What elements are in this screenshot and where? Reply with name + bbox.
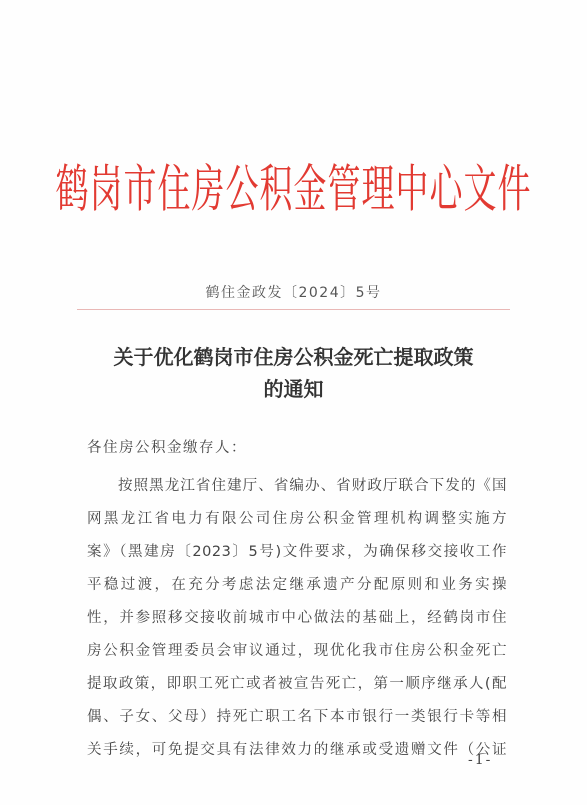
body-line: 性，并参照移交接收前城市中心做法的基础上，经鹤岗市住	[87, 602, 507, 635]
notice-title-line-2: 的通知	[0, 373, 587, 405]
body-line: 平稳过渡，在充分考虑法定继承遗产分配原则和业务实操	[87, 569, 507, 602]
body-line: 网黑龙江省电力有限公司住房公积金管理机构调整实施方	[87, 503, 507, 536]
document-page: 鹤岗市住房公积金管理中心文件 鹤住金政发〔2024〕5号 关于优化鹤岗市住房公积…	[0, 0, 587, 805]
issuer-header-title: 鹤岗市住房公积金管理中心文件	[0, 135, 587, 244]
body-line: 关手续，可免提交具有法律效力的继承或受遗赠文件（公证	[87, 734, 507, 767]
notice-title: 关于优化鹤岗市住房公积金死亡提取政策 的通知	[0, 341, 587, 405]
page-number: -1-	[468, 752, 492, 768]
document-number: 鹤住金政发〔2024〕5号	[0, 282, 587, 302]
body-line: 按照黑龙江省住建厅、省编办、省财政厅联合下发的《国	[87, 470, 507, 503]
body-paragraph: 按照黑龙江省住建厅、省编办、省财政厅联合下发的《国 网黑龙江省电力有限公司住房公…	[87, 470, 507, 767]
salutation: 各住房公积金缴存人：	[87, 436, 247, 457]
notice-title-line-1: 关于优化鹤岗市住房公积金死亡提取政策	[0, 341, 587, 373]
body-line: 案》（黑建房〔2023〕5号)文件要求，为确保移交接收工作	[87, 536, 507, 569]
body-line: 偶、子女、父母）持死亡职工名下本市银行一类银行卡等相	[87, 701, 507, 734]
body-line: 提取政策，即职工死亡或者被宣告死亡，第一顺序继承人(配	[87, 668, 507, 701]
body-line: 房公积金管理委员会审议通过，现优化我市住房公积金死亡	[87, 635, 507, 668]
red-divider-line	[77, 309, 510, 310]
